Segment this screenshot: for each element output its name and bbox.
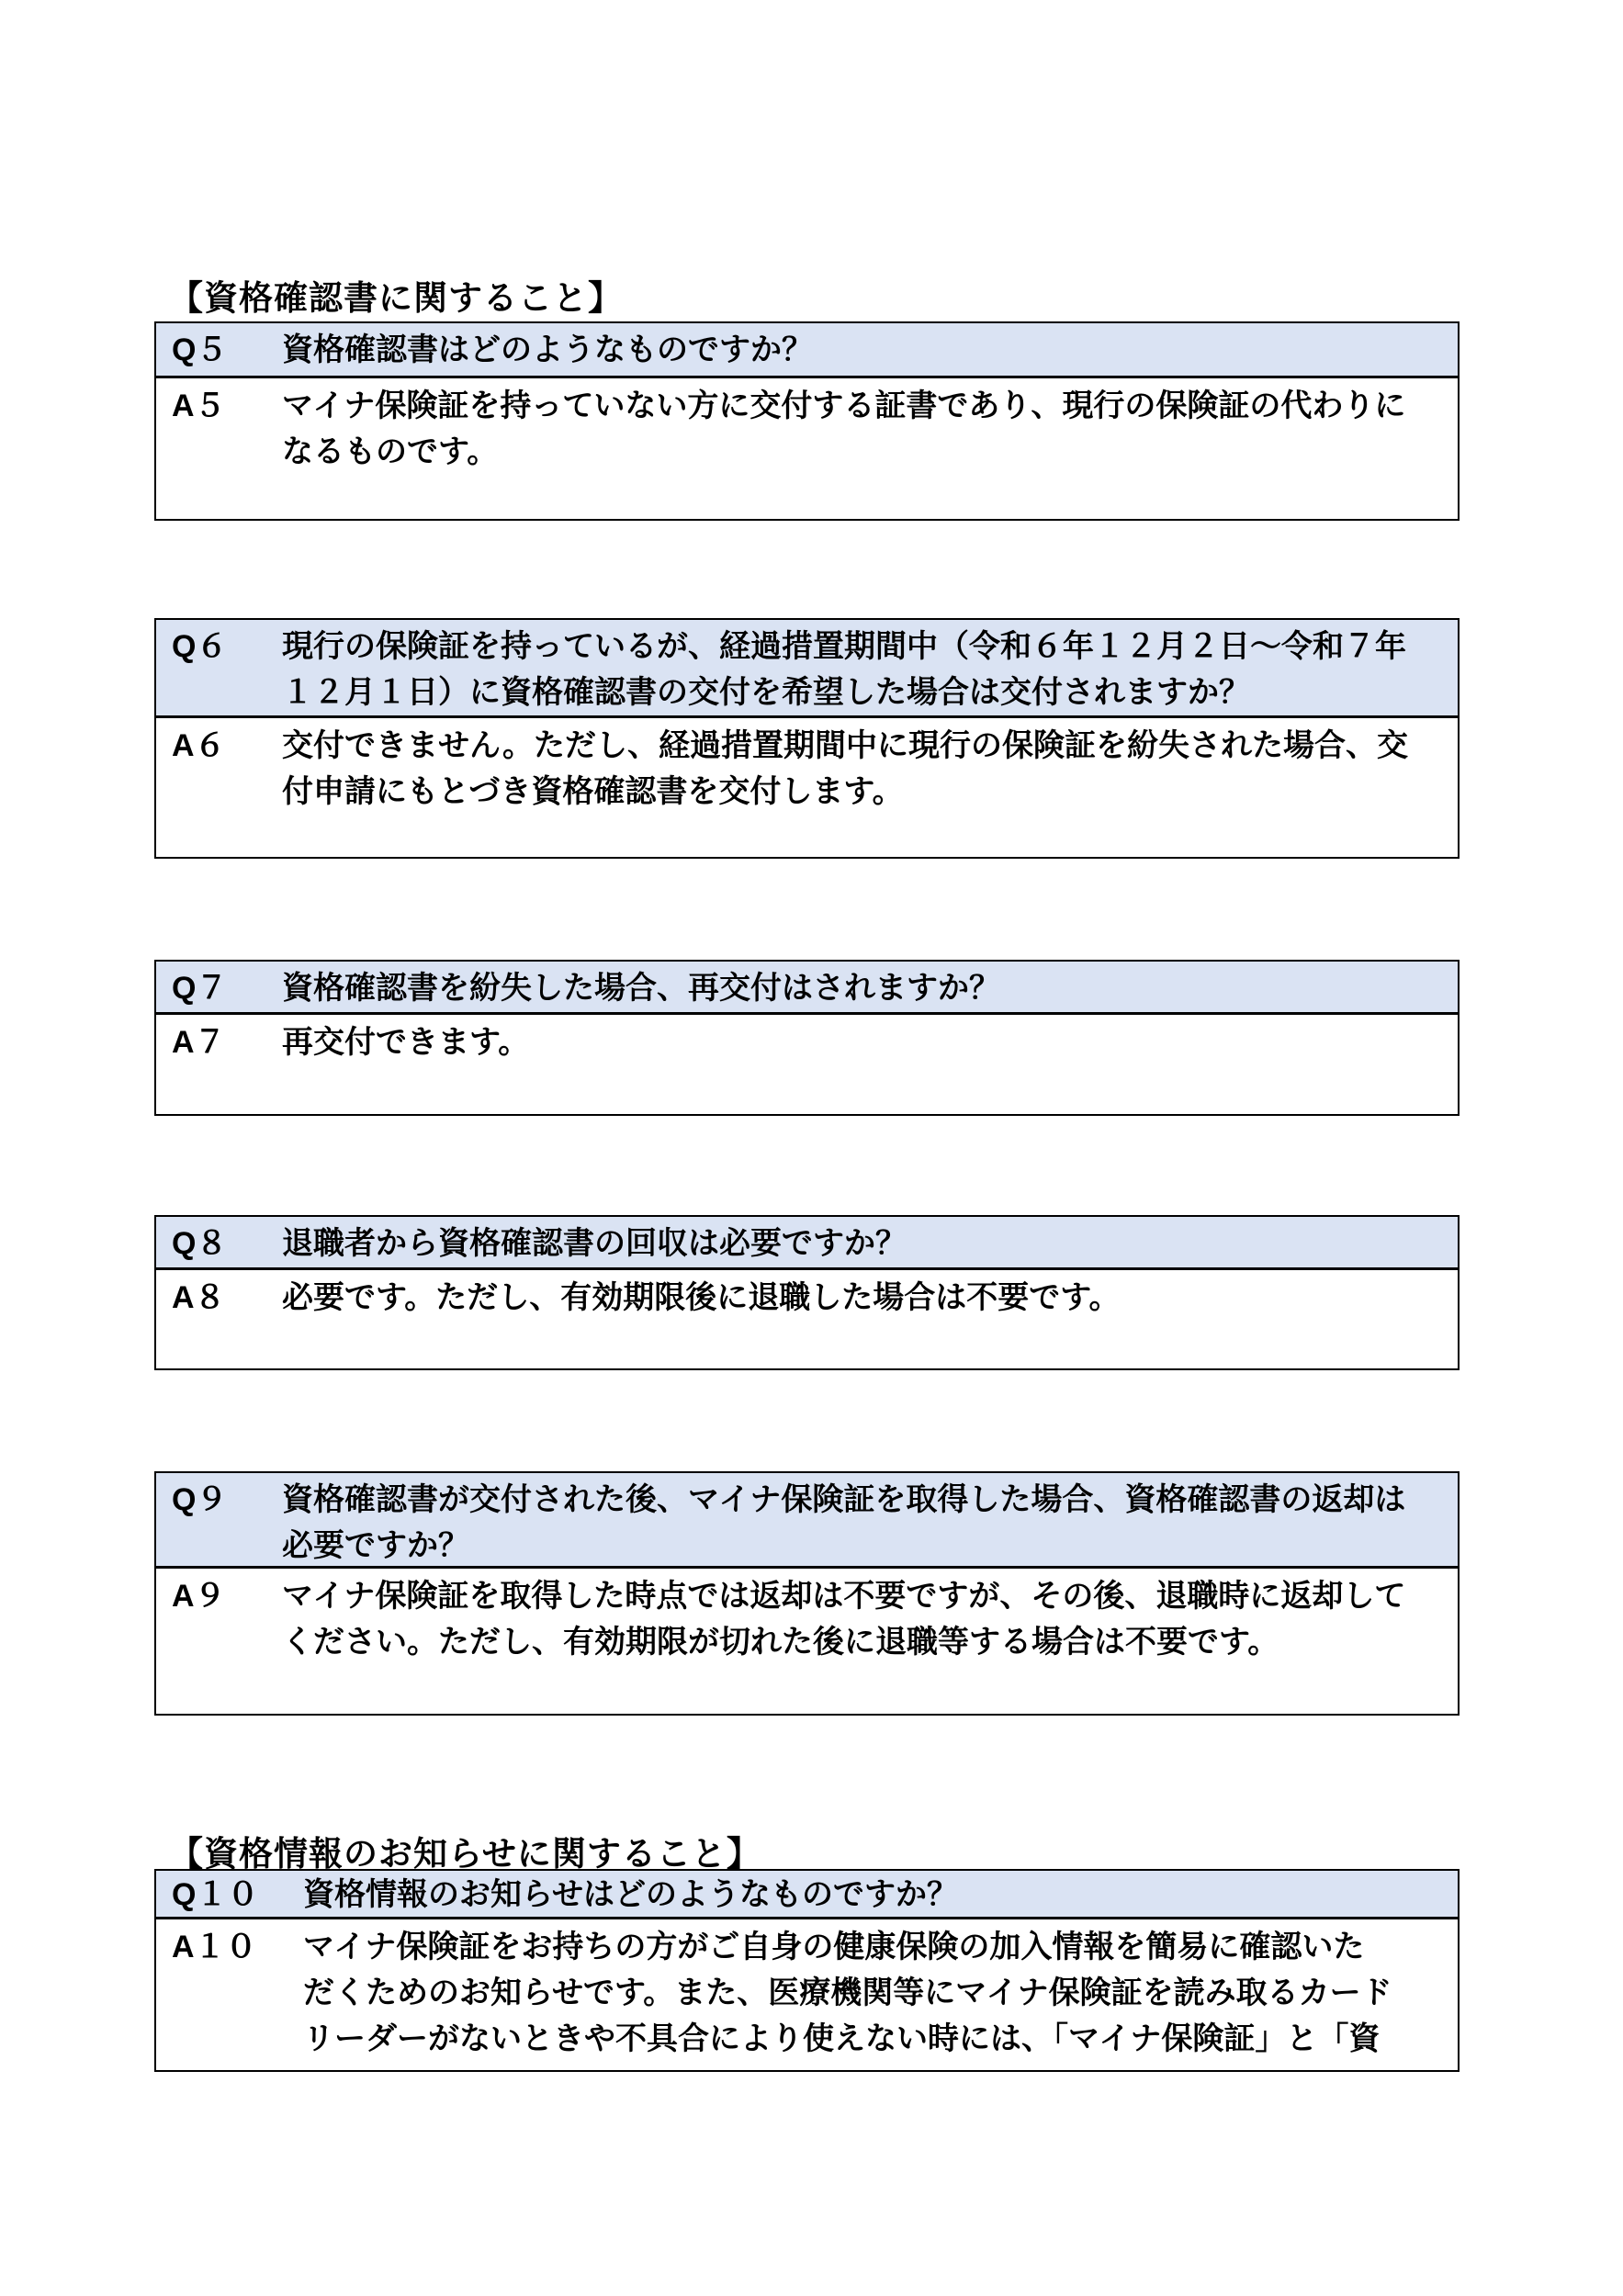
question-row: Q７ 資格確認書を紛失した場合、再交付はされますか？ <box>156 962 1458 1015</box>
answer-text-line: リーダーがないときや不具合により使えない時には、「マイナ保険証」と「資 <box>303 2016 1445 2062</box>
document-page: 【資格確認書に関すること】 Q５ 資格確認書はどのようなものですか？ А５ マイ… <box>0 0 1623 2296</box>
qa-table-q8: Q８ 退職者から資格確認書の回収は必要ですか？ А８ 必要です。ただし、有効期限… <box>154 1215 1460 1370</box>
question-label: Q７ <box>156 965 282 1011</box>
answer-text-line: 付申請にもとづき資格確認書を交付します。 <box>282 769 1445 815</box>
question-row: Q９ 資格確認書が交付された後、マイナ保険証を取得した場合、資格確認書の返却は … <box>156 1473 1458 1569</box>
question-row: Q５ 資格確認書はどのようなものですか？ <box>156 323 1458 378</box>
answer-text-line: だくためのお知らせです。また、医療機関等にマイナ保険証を読み取るカード <box>303 1970 1445 2016</box>
answer-label: А７ <box>156 1019 282 1065</box>
answer-text: 交付できません。ただし、経過措置期間中に現行の保険証を紛失された場合、交 付申請… <box>282 723 1458 815</box>
question-text: 現行の保険証を持っているが、経過措置期間中（令和６年１２月２日～令和７年 １２月… <box>282 624 1458 715</box>
answer-row: А７ 再交付できます。 <box>156 1015 1458 1065</box>
answer-text-line: 必要です。ただし、有効期限後に退職した場合は不要です。 <box>282 1275 1445 1321</box>
question-text-line: 資格情報のお知らせはどのようなものですか？ <box>303 1872 1445 1918</box>
question-text: 退職者から資格確認書の回収は必要ですか？ <box>282 1221 1458 1266</box>
section-heading-shikaku-kakuninsho: 【資格確認書に関すること】 <box>169 270 623 320</box>
question-label: Q５ <box>156 327 282 373</box>
answer-label: А１０ <box>156 1924 303 1970</box>
answer-text-line: なるものです。 <box>282 429 1445 475</box>
answer-text: マイナ保険証を持っていない方に交付する証書であり、現行の保険証の代わりに なるも… <box>282 383 1458 475</box>
question-text-line: 資格確認書はどのようなものですか？ <box>282 327 1445 373</box>
question-text-line: １２月１日）に資格確認書の交付を希望した場合は交付されますか？ <box>282 670 1445 715</box>
answer-text-line: ください。ただし、有効期限が切れた後に退職等する場合は不要です。 <box>282 1619 1445 1665</box>
question-label: Q１０ <box>156 1872 303 1918</box>
question-text: 資格確認書を紛失した場合、再交付はされますか？ <box>282 965 1458 1011</box>
question-text-line: 必要ですか？ <box>282 1523 1445 1569</box>
qa-table-q10: Q１０ 資格情報のお知らせはどのようなものですか？ А１０ マイナ保険証をお持ち… <box>154 1869 1460 2072</box>
answer-row: А９ マイナ保険証を取得した時点では返却は不要ですが、その後、退職時に返却して … <box>156 1569 1458 1665</box>
answer-text: 必要です。ただし、有効期限後に退職した場合は不要です。 <box>282 1275 1458 1321</box>
answer-text: マイナ保険証をお持ちの方がご自身の健康保険の加入情報を簡易に確認いた だくための… <box>303 1924 1458 2062</box>
question-text: 資格確認書はどのようなものですか？ <box>282 327 1458 373</box>
answer-row: А５ マイナ保険証を持っていない方に交付する証書であり、現行の保険証の代わりに … <box>156 378 1458 475</box>
question-row: Q６ 現行の保険証を持っているが、経過措置期間中（令和６年１２月２日～令和７年 … <box>156 620 1458 718</box>
answer-text-line: 交付できません。ただし、経過措置期間中に現行の保険証を紛失された場合、交 <box>282 723 1445 769</box>
answer-row: А１０ マイナ保険証をお持ちの方がご自身の健康保険の加入情報を簡易に確認いた だ… <box>156 1919 1458 2062</box>
answer-row: А６ 交付できません。ただし、経過措置期間中に現行の保険証を紛失された場合、交 … <box>156 718 1458 815</box>
question-text-line: 退職者から資格確認書の回収は必要ですか？ <box>282 1221 1445 1266</box>
answer-text: マイナ保険証を取得した時点では返却は不要ですが、その後、退職時に返却して くださ… <box>282 1573 1458 1665</box>
qa-table-q7: Q７ 資格確認書を紛失した場合、再交付はされますか？ А７ 再交付できます。 <box>154 960 1460 1116</box>
answer-label: А９ <box>156 1573 282 1619</box>
answer-label: А６ <box>156 723 282 769</box>
section-heading-shikaku-joho-oshirase: 【資格情報のお知らせに関すること】 <box>169 1826 761 1875</box>
answer-text: 再交付できます。 <box>282 1019 1458 1065</box>
question-label: Q９ <box>156 1477 282 1523</box>
answer-text-line: マイナ保険証を取得した時点では返却は不要ですが、その後、退職時に返却して <box>282 1573 1445 1619</box>
question-text-line: 資格確認書を紛失した場合、再交付はされますか？ <box>282 965 1445 1011</box>
question-label: Q６ <box>156 624 282 670</box>
question-text-line: 資格確認書が交付された後、マイナ保険証を取得した場合、資格確認書の返却は <box>282 1477 1445 1523</box>
question-row: Q８ 退職者から資格確認書の回収は必要ですか？ <box>156 1217 1458 1270</box>
question-text-line: 現行の保険証を持っているが、経過措置期間中（令和６年１２月２日～令和７年 <box>282 624 1445 670</box>
answer-text-line: 再交付できます。 <box>282 1019 1445 1065</box>
answer-text-line: マイナ保険証を持っていない方に交付する証書であり、現行の保険証の代わりに <box>282 383 1445 429</box>
answer-row: А８ 必要です。ただし、有効期限後に退職した場合は不要です。 <box>156 1270 1458 1321</box>
answer-label: А５ <box>156 383 282 429</box>
answer-label: А８ <box>156 1275 282 1321</box>
qa-table-q6: Q６ 現行の保険証を持っているが、経過措置期間中（令和６年１２月２日～令和７年 … <box>154 618 1460 859</box>
qa-table-q5: Q５ 資格確認書はどのようなものですか？ А５ マイナ保険証を持っていない方に交… <box>154 321 1460 521</box>
question-row: Q１０ 資格情報のお知らせはどのようなものですか？ <box>156 1871 1458 1919</box>
qa-table-q9: Q９ 資格確認書が交付された後、マイナ保険証を取得した場合、資格確認書の返却は … <box>154 1471 1460 1716</box>
answer-text-line: マイナ保険証をお持ちの方がご自身の健康保険の加入情報を簡易に確認いた <box>303 1924 1445 1970</box>
question-label: Q８ <box>156 1221 282 1266</box>
question-text: 資格情報のお知らせはどのようなものですか？ <box>303 1872 1458 1918</box>
question-text: 資格確認書が交付された後、マイナ保険証を取得した場合、資格確認書の返却は 必要で… <box>282 1477 1458 1569</box>
